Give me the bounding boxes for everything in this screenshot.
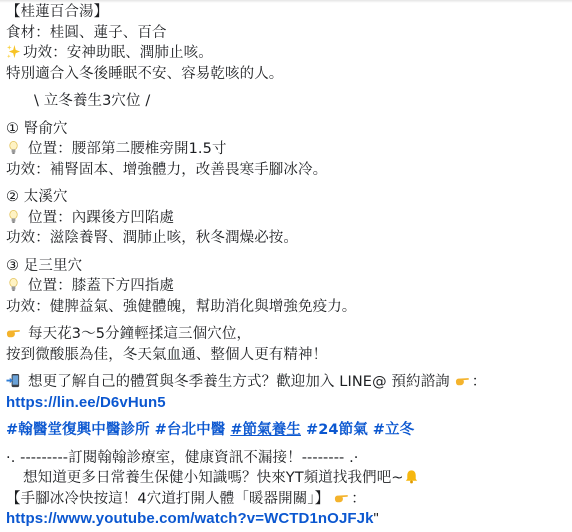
lightbulb-icon [6,209,21,224]
acupoint-name: ③ 足三里穴 [6,256,566,277]
acupoint-effect: 功效：補腎固本、增強體力，改善畏寒手腳冰冷。 [6,160,566,181]
post-body: 【桂蓮百合湯】 食材：桂圓、蓮子、百合 功效：安神助眠、潤肺止咳。 特別適合入冬… [6,2,566,532]
subscribe-line-2-wrap: 想知道更多日常養生保健小知識嗎？快來YT頻道找我們吧~ [6,468,566,489]
acupoint-item: ③ 足三里穴 位置：膝蓋下方四指處 功效：健脾益氣、強健體魄，幫助消化與增強免疫… [6,256,566,318]
acupoint-location: 位置：膝蓋下方四指處 [28,278,174,294]
sparkles-icon [6,44,21,59]
line-promo-text-line: 想更了解自己的體質與冬季養生方式？歡迎加入 LINE@ 預約諮詢： [6,372,566,393]
acupoint-item: ② 太溪穴 位置：內踝後方凹陷處 功效：滋陰養腎、潤肺止咳，秋冬潤燥必按。 [6,187,566,249]
video-title: 【手腳冰冷快按這！4穴道打開人體「暖器開關」】 [6,491,329,507]
hashtag-link[interactable]: #24節氣 [306,422,368,438]
recipe-ingredients: 食材：桂圓、蓮子、百合 [6,23,566,44]
hashtag-link[interactable]: #台北中醫 [155,422,226,438]
lightbulb-icon [6,140,21,155]
video-title-line: 【手腳冰冷快按這！4穴道打開人體「暖器開關」】： [6,489,566,510]
line-promo-colon: ： [472,374,487,390]
acupoint-name: ② 太溪穴 [6,187,566,208]
hashtag-link[interactable]: #翰醫堂復興中醫診所 [6,422,150,438]
acupoint-effect: 功效：健脾益氣、強健體魄，幫助消化與增強免疫力。 [6,297,566,318]
pointing-hand-icon [334,490,349,505]
lightbulb-icon [6,277,21,292]
acupoint-location: 位置：內踝後方凹陷處 [28,210,174,226]
hashtags-row: #翰醫堂復興中醫診所#台北中醫#節氣養生#24節氣#立冬 [6,420,566,441]
acupoint-location-line: 位置：腰部第二腰椎旁開1.5寸 [6,139,566,160]
hashtag-link[interactable]: #節氣養生 [230,422,301,438]
tip-line-2: 按到微酸脹為佳，冬天氣血通、整個人更有精神！ [6,345,566,366]
subscribe-section: ·. ---------訂閱翰翰診療室，健康資訊不漏接！-------- .· … [6,448,566,530]
bell-icon [404,469,419,484]
hashtag-link[interactable]: #立冬 [373,422,414,438]
recipe-effect-line: 功效：安神助眠、潤肺止咳。 [6,43,566,64]
recipe-effect: 功效：安神助眠、潤肺止咳。 [23,45,213,61]
pointing-hand-icon [455,373,470,388]
youtube-link[interactable]: https://www.youtube.com/watch?v=WCTD1nOJ… [6,510,374,527]
tip-section: 每天花3～5分鐘輕揉這三個穴位， 按到微酸脹為佳，冬天氣血通、整個人更有精神！ [6,324,566,365]
acupoint-effect: 功效：滋陰養腎、潤肺止咳，秋冬潤燥必按。 [6,228,566,249]
trailing-quote: " [374,511,379,527]
line-link[interactable]: https://lin.ee/D6vHun5 [6,394,166,411]
acupoint-location: 位置：腰部第二腰椎旁開1.5寸 [28,141,227,157]
line-promo-text: 想更了解自己的體質與冬季養生方式？歡迎加入 LINE@ 預約諮詢 [28,374,450,390]
recipe-suitable: 特別適合入冬後睡眠不安、容易乾咳的人。 [6,64,566,85]
recipe-title: 【桂蓮百合湯】 [6,2,566,23]
line-promo-section: 想更了解自己的體質與冬季養生方式？歡迎加入 LINE@ 預約諮詢： https:… [6,372,566,413]
acupoints-header: \ 立冬養生3穴位 / [6,91,566,112]
mobile-arrow-icon [6,373,21,388]
acupoint-location-line: 位置：膝蓋下方四指處 [6,276,566,297]
tip-line-1: 每天花3～5分鐘輕揉這三個穴位， [6,324,566,345]
acupoint-name: ① 腎俞穴 [6,119,566,140]
acupoint-item: ① 腎俞穴 位置：腰部第二腰椎旁開1.5寸 功效：補腎固本、增強體力，改善畏寒手… [6,119,566,181]
pointing-hand-icon [6,325,21,340]
recipe-section: 【桂蓮百合湯】 食材：桂圓、蓮子、百合 功效：安神助眠、潤肺止咳。 特別適合入冬… [6,2,566,84]
tip-text-1: 每天花3～5分鐘輕揉這三個穴位， [28,326,251,342]
acupoints-header-block: \ 立冬養生3穴位 / [6,91,566,112]
subscribe-line-2: 想知道更多日常養生保健小知識嗎？快來YT頻道找我們吧~ [23,470,404,486]
subscribe-line-1: ·. ---------訂閱翰翰診療室，健康資訊不漏接！-------- .· [6,448,566,469]
acupoint-location-line: 位置：內踝後方凹陷處 [6,208,566,229]
video-colon: ： [351,491,366,507]
